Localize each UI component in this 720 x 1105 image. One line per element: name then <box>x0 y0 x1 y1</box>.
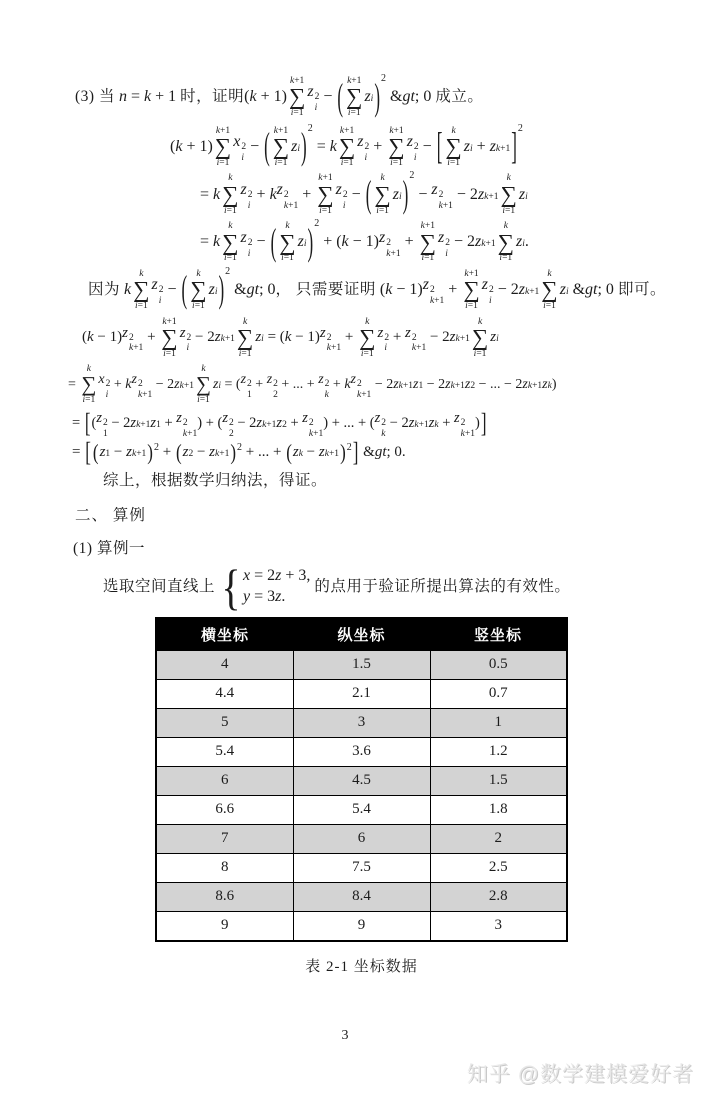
math-run: . <box>525 233 529 251</box>
scripted-variable: zi <box>255 329 263 346</box>
table-cell: 1.8 <box>430 795 567 824</box>
close-delimiter: ] <box>352 437 360 468</box>
table-header-row: 横坐标纵坐标竖坐标 <box>156 618 567 651</box>
close-delimiter: ) <box>402 173 410 217</box>
bracket-group: (k+1∑i=1zi)2 <box>336 76 386 119</box>
table-cell: 6 <box>156 766 293 795</box>
table-header-cell: 纵坐标 <box>293 618 430 651</box>
table-cell: 7.5 <box>293 853 430 882</box>
summation-symbol: k+1∑i=1 <box>346 76 362 119</box>
table-cell: 3 <box>293 708 430 737</box>
close-delimiter: ) <box>300 125 308 169</box>
math-run: − <box>303 444 319 461</box>
table-cell: 4.5 <box>293 766 430 795</box>
section-heading: 二、 算例 <box>75 506 680 526</box>
table-cell: 2.5 <box>430 853 567 882</box>
math-run: + ... + <box>278 377 318 393</box>
table-row: 4.42.10.7 <box>156 679 567 708</box>
open-delimiter: [ <box>84 437 92 468</box>
equation-line-7: = [(z1 − zk+1)2 + (z2 − zk+1)2 + ... + (… <box>72 443 680 463</box>
math-run: = ( <box>221 377 241 393</box>
table-cell: 0.7 <box>430 679 567 708</box>
document-page: (3) 当 n = k + 1 时，证明(k + 1)k+1∑i=1z2i − … <box>0 0 720 1105</box>
table-cell: 1 <box>430 708 567 737</box>
summation-symbol: k+1∑i=1 <box>317 173 333 216</box>
math-run: (k − 1) <box>376 281 423 299</box>
open-delimiter: ( <box>285 440 293 465</box>
math-run: + <box>341 329 357 346</box>
math-run: ) + ( <box>197 415 222 432</box>
summation-symbol: k∑i=1 <box>237 317 253 360</box>
scripted-variable: zk+1 <box>409 415 429 432</box>
math-run: − <box>348 186 365 204</box>
close-delimiter: ] <box>510 125 518 169</box>
scripted-variable: zk+1 <box>174 377 194 393</box>
summation-symbol: k∑i=1 <box>222 173 238 216</box>
math-run: &gt; 0. <box>359 444 405 461</box>
conclusion-line: 综上，根据数学归纳法，得证。 <box>103 471 680 491</box>
table-cell: 1.5 <box>293 650 430 679</box>
math-run: − 2 <box>191 329 214 346</box>
table-row: 41.50.5 <box>156 650 567 679</box>
group-exponent: 2 <box>308 124 313 134</box>
group-exponent: 2 <box>314 219 319 229</box>
summation-symbol: k∑i=1 <box>133 269 149 312</box>
open-delimiter: ( <box>270 221 278 265</box>
math-run: − 2 <box>152 377 174 393</box>
scripted-variable: z2k+1 <box>423 276 445 304</box>
example-intro-line: 选取空间直线上{x = 2z + 3,y = 3z. 的点用于验证所提出算法的有… <box>103 567 680 607</box>
group-exponent: 2 <box>409 171 414 181</box>
scripted-variable: z2k+1 <box>454 410 475 437</box>
scripted-variable: zi <box>291 138 300 156</box>
table-cell: 2.8 <box>430 882 567 911</box>
text-run: (3) 当 <box>75 88 115 106</box>
scripted-variable: zk+1 <box>445 377 465 393</box>
math-run: − <box>414 186 431 204</box>
summation-symbol: k∑i=1 <box>359 317 375 360</box>
math-run: + <box>444 281 461 299</box>
summation-symbol: k+1∑i=1 <box>339 126 355 169</box>
scripted-variable: z2i <box>241 229 253 257</box>
math-run: (k + 1) <box>170 138 213 156</box>
table-cell: 5.4 <box>156 737 293 766</box>
scripted-variable: zi <box>393 186 402 204</box>
close-delimiter: ] <box>480 408 488 439</box>
scripted-variable: z2k <box>318 372 329 398</box>
math-run: − <box>193 444 209 461</box>
table-cell: 8 <box>156 853 293 882</box>
table-cell: 6.6 <box>156 795 293 824</box>
text-run: 成立。 <box>435 88 483 106</box>
scripted-variable: zi <box>213 377 221 393</box>
scripted-variable: z2k+1 <box>302 410 323 437</box>
scripted-variable: z2i <box>152 276 164 304</box>
math-run: + <box>159 444 175 461</box>
scripted-variable: z2i <box>377 325 389 352</box>
math-run: − 2 <box>453 186 478 204</box>
group-exponent: 2 <box>237 443 242 453</box>
scripted-variable: z2 <box>276 415 286 432</box>
math-run: + ... + <box>242 444 285 461</box>
math-run: − 2 <box>423 377 445 393</box>
summation-symbol: k+1∑i=1 <box>273 126 289 169</box>
scripted-variable: x2i <box>233 133 246 161</box>
math-run: − ... − 2 <box>475 377 522 393</box>
table-cell: 5.4 <box>293 795 430 824</box>
math-run: − <box>164 281 181 299</box>
math-run: + k <box>329 377 350 393</box>
scripted-variable: z2k+1 <box>351 372 372 398</box>
scripted-variable: zk+1 <box>490 138 511 156</box>
math-run: &gt; 0 <box>386 88 435 106</box>
equation-line-5: = k∑i=1x2i + kz2k+1 − 2zk+1k∑i=1zi = (z2… <box>68 364 680 405</box>
summation-symbol: k∑i=1 <box>498 221 514 264</box>
because-statement: 因为 kk∑i=1z2i − (k∑i=1zi)2 &gt; 0， 只需要证明 … <box>88 269 680 312</box>
scripted-variable: zk <box>293 444 303 461</box>
bracket-group: [k∑i=1zi + zk+1]2 <box>436 126 523 169</box>
scripted-variable: zk <box>429 415 439 432</box>
summation-symbol: k∑i=1 <box>374 173 390 216</box>
table-cell: 6 <box>293 824 430 853</box>
scripted-variable: zi <box>560 281 569 299</box>
table-cell: 4.4 <box>156 679 293 708</box>
table-cell: 8.4 <box>293 882 430 911</box>
group-exponent: 2 <box>225 267 230 277</box>
summation-symbol: k∑i=1 <box>445 126 461 169</box>
text-run: 选取空间直线上 <box>103 578 215 596</box>
subsection-heading: (1) 算例一 <box>73 539 680 559</box>
scripted-variable: zk <box>542 377 552 393</box>
summation-symbol: k+1∑i=1 <box>215 126 231 169</box>
open-delimiter: ( <box>365 173 373 217</box>
summation-symbol: k+1∑i=1 <box>388 126 404 169</box>
open-delimiter: ( <box>263 125 271 169</box>
table-cell: 7 <box>156 824 293 853</box>
math-run: + k <box>110 377 131 393</box>
math-run: − 2 <box>450 233 475 251</box>
induction-case-statement: (3) 当 n = k + 1 时，证明(k + 1)k+1∑i=1z2i − … <box>75 76 680 119</box>
math-run: + <box>401 233 418 251</box>
math-run: − <box>319 88 336 106</box>
table-row: 5.43.61.2 <box>156 737 567 766</box>
scripted-variable: z2k+1 <box>277 181 299 209</box>
math-run: = <box>72 444 84 461</box>
close-delimiter: ) <box>307 221 315 265</box>
math-run: (k − 1) <box>82 329 122 346</box>
close-delimiter: ) <box>218 268 226 312</box>
text-run: 时，证明 <box>180 88 244 106</box>
math-run: k <box>120 281 131 299</box>
scripted-variable: z2i <box>307 83 319 111</box>
math-run: − 2 <box>386 415 409 432</box>
close-delimiter: ) <box>373 75 381 119</box>
scripted-variable: zk+1 <box>478 186 499 204</box>
math-run: + <box>252 377 267 393</box>
scripted-variable: z2i <box>357 133 369 161</box>
bracket-group: (k∑i=1zi)2 <box>365 173 415 216</box>
scripted-variable: z2i <box>482 276 494 304</box>
equation-line-3: = kk∑i=1z2i − (k∑i=1zi)2 + (k − 1)z2k+1 … <box>200 221 680 264</box>
bracket-group: (k+1∑i=1zi)2 <box>263 126 313 169</box>
table-cell: 3 <box>430 911 567 941</box>
math-run: − <box>110 444 126 461</box>
left-brace: { <box>221 567 240 607</box>
close-delimiter: ) <box>229 440 237 465</box>
table-body: 41.50.54.42.10.75315.43.61.264.51.56.65.… <box>156 650 567 941</box>
scripted-variable: zi <box>490 329 498 346</box>
table-head: 横坐标纵坐标竖坐标 <box>156 618 567 651</box>
math-run: − 2 <box>108 415 131 432</box>
table-row: 8.68.42.8 <box>156 882 567 911</box>
text-run: 的点用于验证所提出算法的有效性。 <box>314 578 570 596</box>
summation-symbol: k+1∑i=1 <box>289 76 305 119</box>
page-number: 3 <box>0 1028 690 1044</box>
math-run: − <box>419 138 436 156</box>
math-run: + <box>161 415 176 432</box>
close-delimiter: ) <box>146 440 154 465</box>
bracket-group: [(z1 − zk+1)2 + (z2 − zk+1)2 + ... + (zk… <box>84 443 359 463</box>
math-run: n = k + 1 <box>115 88 180 106</box>
math-run: − <box>253 233 270 251</box>
scripted-variable: zk+1 <box>393 377 413 393</box>
scripted-variable: zk+1 <box>319 444 339 461</box>
scripted-variable: zi <box>298 233 307 251</box>
table-row: 762 <box>156 824 567 853</box>
bracket-group: (z2 − zk+1)2 <box>175 443 242 463</box>
summation-symbol: k∑i=1 <box>81 364 96 405</box>
summation-symbol: k∑i=1 <box>222 221 238 264</box>
scripted-variable: z2k+1 <box>320 325 341 352</box>
open-delimiter: [ <box>84 408 92 439</box>
open-delimiter: ( <box>92 440 100 465</box>
math-run: &gt; 0 <box>569 281 618 299</box>
table-row: 87.52.5 <box>156 853 567 882</box>
summation-symbol: k+1∑i=1 <box>463 269 479 312</box>
summation-symbol: k∑i=1 <box>279 221 295 264</box>
scripted-variable: zk+1 <box>209 444 229 461</box>
summation-symbol: k∑i=1 <box>190 269 206 312</box>
open-delimiter: ( <box>336 75 344 119</box>
scripted-variable: zk+1 <box>475 233 496 251</box>
table-cell: 9 <box>293 911 430 941</box>
scripted-variable: zk+1 <box>522 377 542 393</box>
scripted-variable: zk+1 <box>215 329 235 346</box>
table-row: 6.65.41.8 <box>156 795 567 824</box>
scripted-variable: z22 <box>222 410 233 437</box>
scripted-variable: zi <box>519 186 528 204</box>
text-run: ， 只需要证明 <box>276 281 376 299</box>
scripted-variable: z1 <box>150 415 160 432</box>
table-cell: 2.1 <box>293 679 430 708</box>
bracket-group: [(z21 − 2zk+1z1 + z2k+1) + (z22 − 2zk+1z… <box>84 410 488 437</box>
table-cell: 5 <box>156 708 293 737</box>
math-run: = (k − 1) <box>264 329 320 346</box>
table-cell: 9 <box>156 911 293 941</box>
math-run: − 2 <box>234 415 257 432</box>
open-delimiter: [ <box>436 125 444 169</box>
bracket-group: (k∑i=1zi)2 <box>270 221 320 264</box>
math-run: = <box>68 377 79 393</box>
scripted-variable: z1 <box>413 377 423 393</box>
math-run: − 2 <box>371 377 393 393</box>
math-run: = <box>72 415 84 432</box>
math-run: − 2 <box>494 281 519 299</box>
scripted-variable: z2k+1 <box>131 372 152 398</box>
scripted-variable: zk+1 <box>126 444 146 461</box>
scripted-variable: z2k+1 <box>431 181 453 209</box>
close-delimiter: ) <box>339 440 347 465</box>
text-run: 因为 <box>88 281 120 299</box>
bracket-group: (zk − zk+1)2 <box>285 443 352 463</box>
math-run: ) <box>552 377 557 393</box>
math-run: + <box>473 138 490 156</box>
math-run: + <box>298 186 315 204</box>
summation-symbol: k+1∑i=1 <box>161 317 177 360</box>
summation-symbol: k∑i=1 <box>541 269 557 312</box>
math-run: + <box>143 329 159 346</box>
scripted-variable: z2i <box>336 181 348 209</box>
summation-symbol: k∑i=1 <box>472 317 488 360</box>
watermark: 知乎 @数学建模爱好者 <box>467 1058 694 1088</box>
summation-symbol: k+1∑i=1 <box>420 221 436 264</box>
math-run: − <box>246 138 263 156</box>
scripted-variable: z2i <box>407 133 419 161</box>
scripted-variable: z2 <box>183 444 194 461</box>
equation-line-6: = [(z21 − 2zk+1z1 + z2k+1) + (z22 − 2zk+… <box>72 410 680 437</box>
table-header-cell: 横坐标 <box>156 618 293 651</box>
open-delimiter: ( <box>181 268 189 312</box>
scripted-variable: zi <box>464 138 473 156</box>
equation-line-2: = kk∑i=1z2i + kz2k+1 + k+1∑i=1z2i − (k∑i… <box>200 173 680 216</box>
equation-line-4: (k − 1)z2k+1 + k+1∑i=1z2i − 2zk+1k∑i=1zi… <box>82 317 680 360</box>
scripted-variable: z2k+1 <box>122 325 143 352</box>
math-run: (k + 1) <box>244 88 287 106</box>
scripted-variable: z2 <box>465 377 475 393</box>
scripted-variable: z2k+1 <box>176 410 197 437</box>
table-cell: 1.2 <box>430 737 567 766</box>
math-run: + <box>389 329 405 346</box>
math-run: + <box>287 415 302 432</box>
math-run: ) + ... + ( <box>323 415 374 432</box>
math-run: + k <box>253 186 277 204</box>
scripted-variable: z2i <box>438 229 450 257</box>
scripted-variable: zk+1 <box>519 281 540 299</box>
table-row: 993 <box>156 911 567 941</box>
table-cell: 0.5 <box>430 650 567 679</box>
table-cell: 1.5 <box>430 766 567 795</box>
scripted-variable: z22 <box>267 372 278 398</box>
scripted-variable: zi <box>209 281 218 299</box>
scripted-variable: z2i <box>241 181 253 209</box>
math-run: = k <box>200 186 220 204</box>
summation-symbol: k∑i=1 <box>501 173 517 216</box>
table-cell: 2 <box>430 824 567 853</box>
equation-line-1: (k + 1)k+1∑i=1x2i − (k+1∑i=1zi)2 = kk+1∑… <box>170 126 680 169</box>
bracket-group: (k∑i=1zi)2 <box>181 269 231 312</box>
scripted-variable: zk+1 <box>256 415 276 432</box>
scripted-variable: z21 <box>96 410 107 437</box>
scripted-variable: zk+1 <box>130 415 150 432</box>
scripted-variable: z2k+1 <box>405 325 426 352</box>
table-row: 531 <box>156 708 567 737</box>
group-exponent: 2 <box>154 443 159 453</box>
scripted-variable: zk+1 <box>450 329 470 346</box>
scripted-variable: x2i <box>98 372 110 398</box>
text-run: 即可。 <box>618 281 666 299</box>
scripted-variable: z2i <box>180 325 192 352</box>
coordinate-table: 横坐标纵坐标竖坐标 41.50.54.42.10.75315.43.61.264… <box>155 617 568 942</box>
group-exponent: 2 <box>381 74 386 84</box>
table-header-cell: 竖坐标 <box>430 618 567 651</box>
bracket-group: (z1 − zk+1)2 <box>92 443 159 463</box>
case-equation: y = 3z. <box>243 588 310 606</box>
scripted-variable: z21 <box>241 372 252 398</box>
math-run: &gt; 0 <box>230 281 275 299</box>
table-caption: 表 2-1 坐标数据 <box>155 955 568 976</box>
group-exponent: 2 <box>518 124 523 134</box>
scripted-variable: z1 <box>100 444 111 461</box>
table-cell: 8.6 <box>156 882 293 911</box>
open-delimiter: ( <box>175 440 183 465</box>
scripted-variable: zi <box>364 88 373 106</box>
cases-system: {x = 2z + 3,y = 3z. <box>219 567 310 607</box>
summation-symbol: k∑i=1 <box>196 364 211 405</box>
scripted-variable: z2k+1 <box>379 229 401 257</box>
table-cell: 3.6 <box>293 737 430 766</box>
math-run: + (k − 1) <box>319 233 379 251</box>
case-equation: x = 2z + 3, <box>243 567 310 585</box>
math-run: + <box>369 138 386 156</box>
math-run: = k <box>200 233 220 251</box>
table-cell: 4 <box>156 650 293 679</box>
math-run: + <box>439 415 454 432</box>
math-run: − 2 <box>426 329 449 346</box>
table-row: 64.51.5 <box>156 766 567 795</box>
math-run: = k <box>313 138 337 156</box>
scripted-variable: z2k <box>375 410 386 437</box>
page-content: (3) 当 n = k + 1 时，证明(k + 1)k+1∑i=1z2i − … <box>0 0 720 976</box>
scripted-variable: zi <box>516 233 525 251</box>
